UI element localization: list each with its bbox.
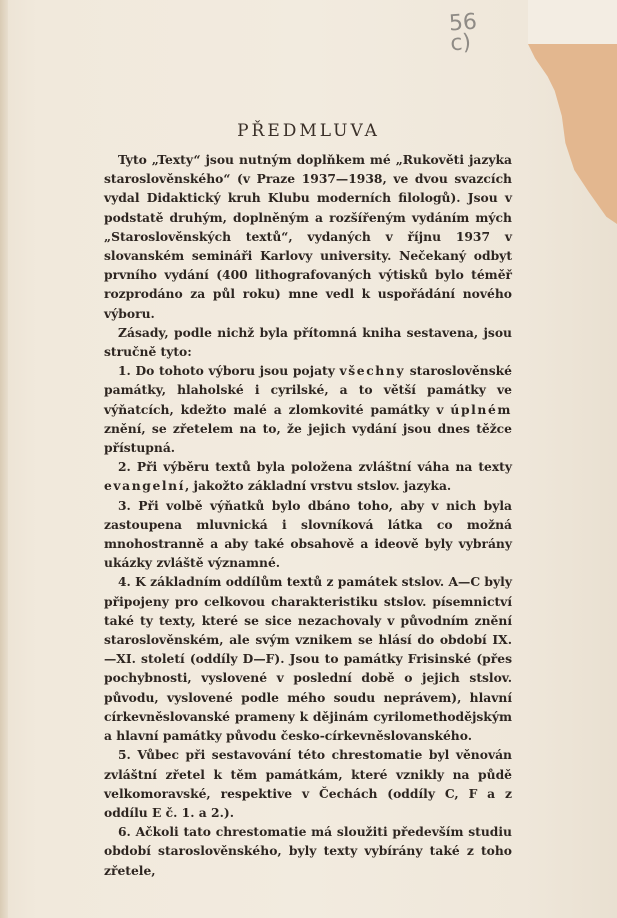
text-run: , jakožto základní vrstvu stslov. jazyka…	[185, 478, 451, 493]
scanned-page: 56 c) PŘEDMLUVA Tyto „Texty“ jsou nutným…	[0, 0, 617, 918]
emphasis-text: evangelní	[104, 478, 185, 493]
paragraph-point-4: 4. K základním oddílům textů z památek s…	[104, 572, 512, 745]
text-run: znění, se zřetelem na to, že jejich vydá…	[104, 421, 512, 455]
paragraph-intro: Tyto „Texty“ jsou nutným doplňkem mé „Ru…	[104, 150, 512, 323]
page-title: PŘEDMLUVA	[0, 121, 617, 141]
paragraph-point-6: 6. Ačkoli tato chrestomatie má sloužiti …	[104, 822, 512, 880]
paragraph-point-1: 1. Do tohoto výboru jsou pojaty všechny …	[104, 361, 512, 457]
body-text: Tyto „Texty“ jsou nutným doplňkem mé „Ru…	[104, 150, 512, 880]
emphasis-text: všechny	[340, 363, 406, 378]
paragraph-point-5: 5. Vůbec při sestavování této chrestomat…	[104, 745, 512, 822]
paragraph-principles: Zásady, podle nichž byla přítomná kniha …	[104, 323, 512, 361]
handwritten-note: 56 c)	[448, 10, 521, 65]
paragraph-point-3: 3. Při volbě výňatků bylo dbáno toho, ab…	[104, 496, 512, 573]
text-run: 2. Při výběru textů byla položena zvlášt…	[118, 459, 512, 474]
page-corner-paper	[528, 0, 617, 44]
text-run: 1. Do tohoto výboru jsou pojaty	[118, 363, 340, 378]
emphasis-text: úplném	[450, 402, 512, 417]
paragraph-point-2: 2. Při výběru textů byla položena zvlášt…	[104, 457, 512, 495]
